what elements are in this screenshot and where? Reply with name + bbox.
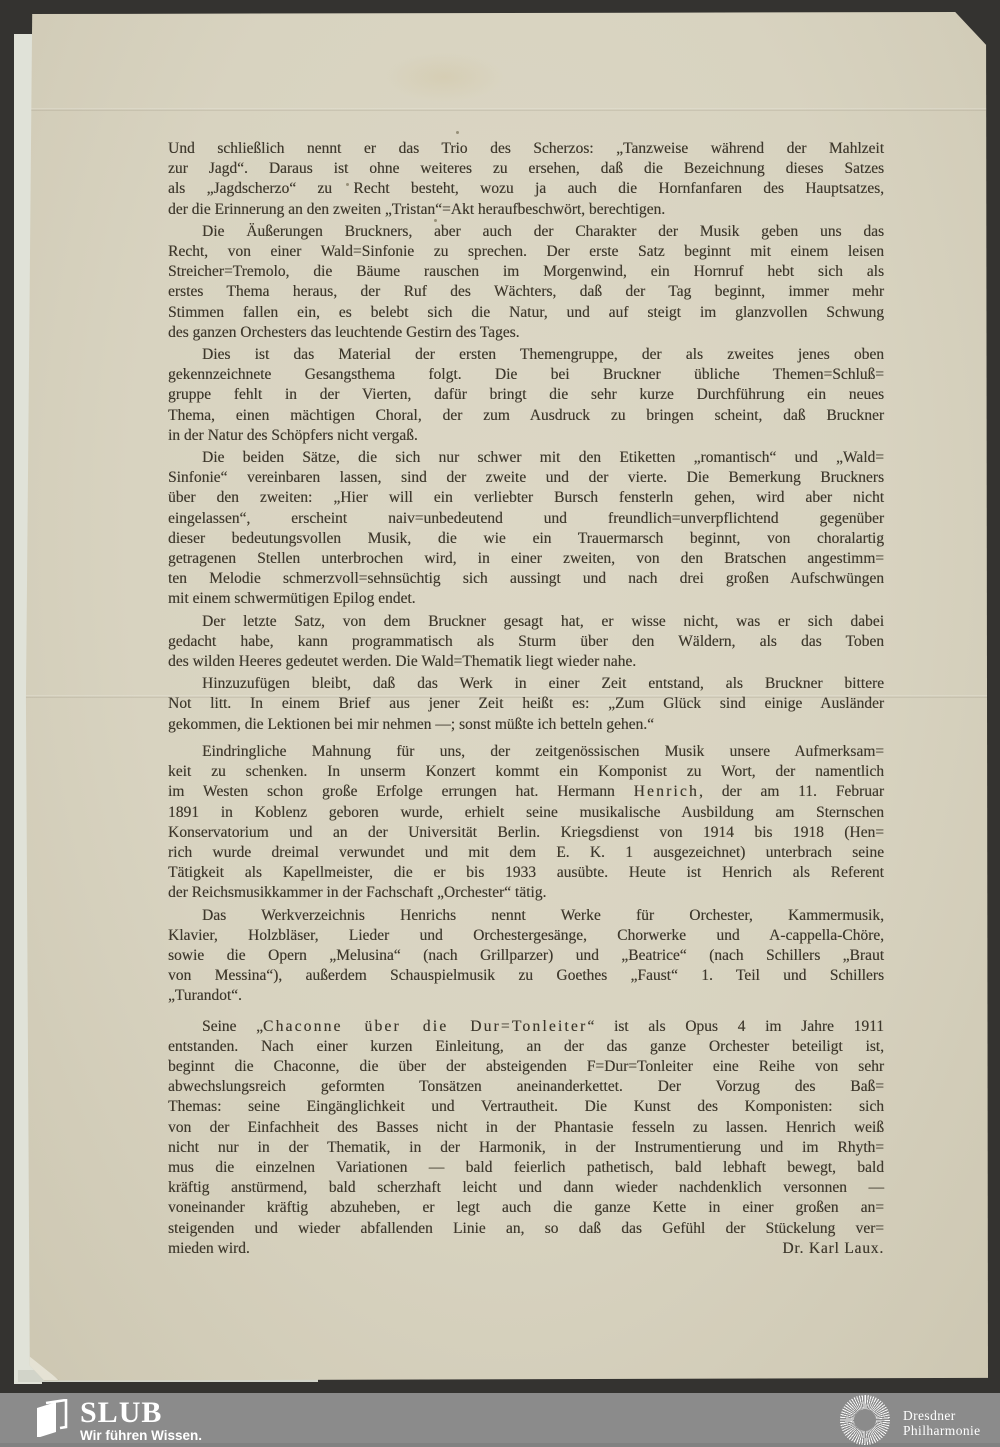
- text-line: im Westen schon große Erfolge errungen h…: [168, 782, 884, 802]
- philharmonie-name-line1: Dresdner: [903, 1409, 981, 1424]
- open-book-icon: [36, 1399, 68, 1437]
- emphasized-text: Henrich: [634, 783, 699, 800]
- paragraph: Die beiden Sätze, die sich nur schwer mi…: [168, 448, 884, 610]
- text-line: mieden wird.Dr. Karl Laux.: [168, 1239, 884, 1259]
- text-line: voneinander kräftig abzuheben, er legt a…: [168, 1198, 884, 1218]
- text-line: der die Erinnerung an den zweiten „Trist…: [168, 200, 884, 220]
- text-line: Dies ist das Material der ersten Themeng…: [168, 345, 884, 365]
- text-line-left: mieden wird.: [168, 1239, 250, 1259]
- text-line: Thema, einen mächtigen Choral, der zum A…: [168, 406, 884, 426]
- text-line: Sinfonie“ vereinbaren lassen, sind der z…: [168, 468, 884, 488]
- philharmonie-wordmark: Dresdner Philharmonie: [903, 1409, 981, 1438]
- paragraph: Die Äußerungen Bruckners, aber auch der …: [168, 222, 884, 343]
- text-line: Stimmen fallen ein, es belebt sich die N…: [168, 303, 884, 323]
- text-line: von der Einfachheit des Basses nicht in …: [168, 1118, 884, 1138]
- author-signature: Dr. Karl Laux.: [782, 1239, 884, 1259]
- paragraph: Dies ist das Material der ersten Themeng…: [168, 345, 884, 446]
- text-line: Recht, von einer Wald=Sinfonie zu sprech…: [168, 242, 884, 262]
- slub-tagline: Wir führen Wissen.: [80, 1428, 202, 1443]
- text-line: sowie die Opern „Melusina“ (nach Grillpa…: [168, 946, 884, 966]
- text-line: des ganzen Orchesters das leuchtende Ges…: [168, 323, 884, 343]
- document-text: Und schließlich nennt er das Trio des Sc…: [168, 139, 884, 1259]
- text-line: über den zweiten: „Hier will ein verlieb…: [168, 488, 884, 508]
- slub-logo: SLUB Wir führen Wissen.: [36, 1399, 202, 1443]
- text-line: keit zu schenken. In unserm Konzert komm…: [168, 762, 884, 782]
- text-line: als „Jagdscherzo“ zu Recht besteht, wozu…: [168, 179, 884, 199]
- text-line: gekennzeichnete Gesangsthema folgt. Die …: [168, 365, 884, 385]
- text-line: kräftig anstürmend, bald scherzhaft leic…: [168, 1178, 884, 1198]
- text-line: Und schließlich nennt er das Trio des Sc…: [168, 139, 884, 159]
- text-line: mit einem schwermütigen Epilog endet.: [168, 589, 884, 609]
- paragraph: Seine „Chaconne über die Dur=Tonleiter“ …: [168, 1017, 884, 1259]
- text-line: der Reichsmusikkammer in der Fachschaft …: [168, 883, 884, 903]
- text-line: Tätigkeit als Kapellmeister, die er bis …: [168, 863, 884, 883]
- sunburst-ring-icon: [840, 1395, 890, 1445]
- text-line: Die beiden Sätze, die sich nur schwer mi…: [168, 448, 884, 468]
- text-line: Die Äußerungen Bruckners, aber auch der …: [168, 222, 884, 242]
- text-line: Hinzuzufügen bleibt, daß das Werk in ein…: [168, 674, 884, 694]
- text-line: gedacht habe, kann programmatisch als St…: [168, 632, 884, 652]
- paper-stain: [384, 52, 504, 102]
- slub-wordmark: SLUB: [80, 1399, 202, 1427]
- text-line: Themas: seine Eingänglichkeit und Vertra…: [168, 1097, 884, 1117]
- text-line: erstes Thema heraus, der Ruf des Wächter…: [168, 282, 884, 302]
- text-line: eingelassen“, erscheint naiv=unbedeutend…: [168, 509, 884, 529]
- paragraph: Eindringliche Mahnung für uns, der zeitg…: [168, 742, 884, 904]
- text-line: Streicher=Tremolo, die Bäume rauschen im…: [168, 262, 884, 282]
- text-line: beginnt die Chaconne, die über der abste…: [168, 1057, 884, 1077]
- text-line: abwechslungsreich geformten Tonsätzen an…: [168, 1077, 884, 1097]
- text-line: „Turandot“.: [168, 986, 884, 1006]
- text-line: Eindringliche Mahnung für uns, der zeitg…: [168, 742, 884, 762]
- text-line: Not litt. In einem Brief aus jener Zeit …: [168, 694, 884, 714]
- text-line: in der Natur des Schöpfers nicht vergaß.: [168, 426, 884, 446]
- text-line: Klavier, Holzbläser, Lieder und Orcheste…: [168, 926, 884, 946]
- viewer-footer-bar: SLUB Wir führen Wissen. Dresdner Philhar…: [0, 1393, 1000, 1447]
- text-line: getragenen Stellen unterbrochen wird, in…: [168, 549, 884, 569]
- philharmonie-name-line2: Philharmonie: [903, 1424, 981, 1439]
- text-line: zur Jagd“. Daraus ist ohne weiteres zu e…: [168, 159, 884, 179]
- philharmonie-logo: Dresdner Philharmonie: [840, 1395, 890, 1445]
- emphasized-text: Chaconne über die Dur=Tonleiter: [263, 1018, 587, 1035]
- paragraph: Hinzuzufügen bleibt, daß das Werk in ein…: [168, 674, 884, 735]
- text-line: dieser bedeutungsvollen Musik, die wie e…: [168, 529, 884, 549]
- paper-fold-crease: [24, 108, 988, 111]
- text-line: entstanden. Nach einer kurzen Einleitung…: [168, 1037, 884, 1057]
- text-line: ten Melodie schmerzvoll=sehnsüchtig sich…: [168, 569, 884, 589]
- text-line: nicht nur in der Thematik, in der Harmon…: [168, 1138, 884, 1158]
- text-line: rich wurde dreimal verwundet und mit dem…: [168, 843, 884, 863]
- paragraph: Das Werkverzeichnis Henrichs nennt Werke…: [168, 906, 884, 1007]
- text-line: Konservatorium und an der Universität Be…: [168, 823, 884, 843]
- paragraph: Und schließlich nennt er das Trio des Sc…: [168, 139, 884, 220]
- text-line: mus die einzelnen Variationen — bald fei…: [168, 1158, 884, 1178]
- text-line: Seine „Chaconne über die Dur=Tonleiter“ …: [168, 1017, 884, 1037]
- text-line: gruppe fehlt in der Vierten, dafür bring…: [168, 385, 884, 405]
- text-line: Der letzte Satz, von dem Bruckner gesagt…: [168, 612, 884, 632]
- text-line: Das Werkverzeichnis Henrichs nennt Werke…: [168, 906, 884, 926]
- text-line: steigenden und wieder abfallenden Linie …: [168, 1219, 884, 1239]
- paper-speck: [456, 131, 459, 134]
- text-line: von Messina“), außerdem Schauspielmusik …: [168, 966, 884, 986]
- paragraph: Der letzte Satz, von dem Bruckner gesagt…: [168, 612, 884, 673]
- text-line: gekommen, die Lektionen bei mir nehmen —…: [168, 715, 884, 735]
- document-page: Und schließlich nennt er das Trio des Sc…: [24, 12, 988, 1382]
- text-line: des wilden Heeres gedeutet werden. Die W…: [168, 652, 884, 672]
- text-line: 1891 in Koblenz geboren wurde, erhielt s…: [168, 803, 884, 823]
- scan-background: { "document": { "paragraphs": [ {"indent…: [0, 0, 1000, 1447]
